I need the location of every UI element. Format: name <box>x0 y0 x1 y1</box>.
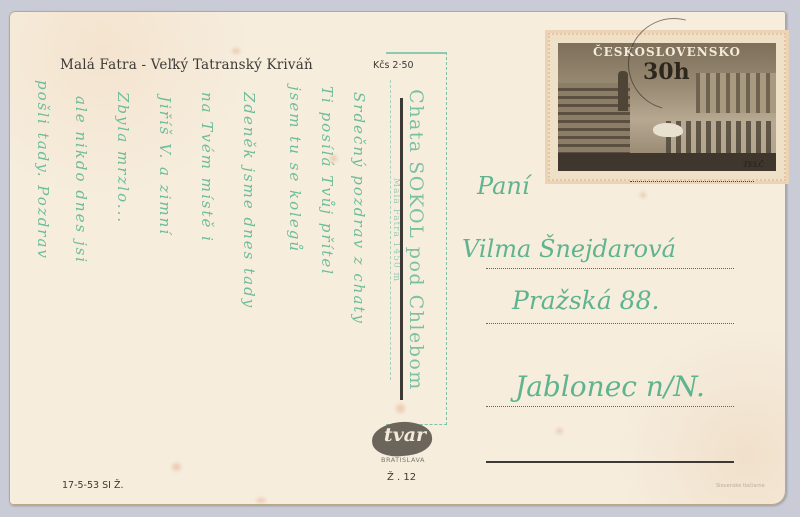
printer-mark: Slovenské tlačiarne <box>716 483 765 489</box>
message-line: Zdeněk jsme dnes tady <box>240 92 258 309</box>
tower-icon <box>618 71 628 111</box>
stamp-underline <box>630 181 754 182</box>
stamp-city: TELČ <box>743 160 764 169</box>
cachet-text: Chata SOKOL pod Chlebom <box>405 89 427 391</box>
address-line <box>486 406 734 407</box>
address-salutation: Paní <box>477 172 530 200</box>
arcade-icon <box>666 121 776 153</box>
publisher-city: BRATISLAVA <box>381 456 425 464</box>
address-line <box>486 268 734 269</box>
address-line <box>486 323 734 324</box>
address-line <box>486 461 734 463</box>
stain <box>556 428 563 434</box>
address-city: Jablonec n/N. <box>515 370 705 403</box>
message-line: Zbyla mrzlo... <box>114 92 132 224</box>
address-name: Vilma Šnejdarová <box>462 235 676 263</box>
message-line: ale nikdo dnes jsi <box>72 96 90 264</box>
message-line: Ti posílá Tvůj přítel <box>318 86 336 276</box>
message-line: pošli tady. Pozdrav <box>34 80 52 260</box>
message-line: Srdečný pozdrav z chaty <box>350 92 368 325</box>
address-street: Pražská 88. <box>512 286 659 315</box>
publisher-logo-text: tvar <box>375 424 435 446</box>
gull-icon <box>653 123 683 137</box>
date-code: 17-5-53 SI Ž. <box>62 480 123 491</box>
message-line: na Tvém místě i <box>198 92 216 243</box>
series-number: Ž . 12 <box>387 472 416 483</box>
message-line: Jiříš V. a zimní <box>156 96 174 236</box>
stain <box>256 498 266 503</box>
message-line: jsem tu se kolegů <box>286 86 304 253</box>
postcard-caption: Malá Fatra - Veľký Tatranský Kriváň <box>60 57 313 73</box>
stain <box>232 48 240 54</box>
center-divider-line <box>400 98 403 400</box>
stain <box>172 463 181 471</box>
stain <box>640 192 646 198</box>
